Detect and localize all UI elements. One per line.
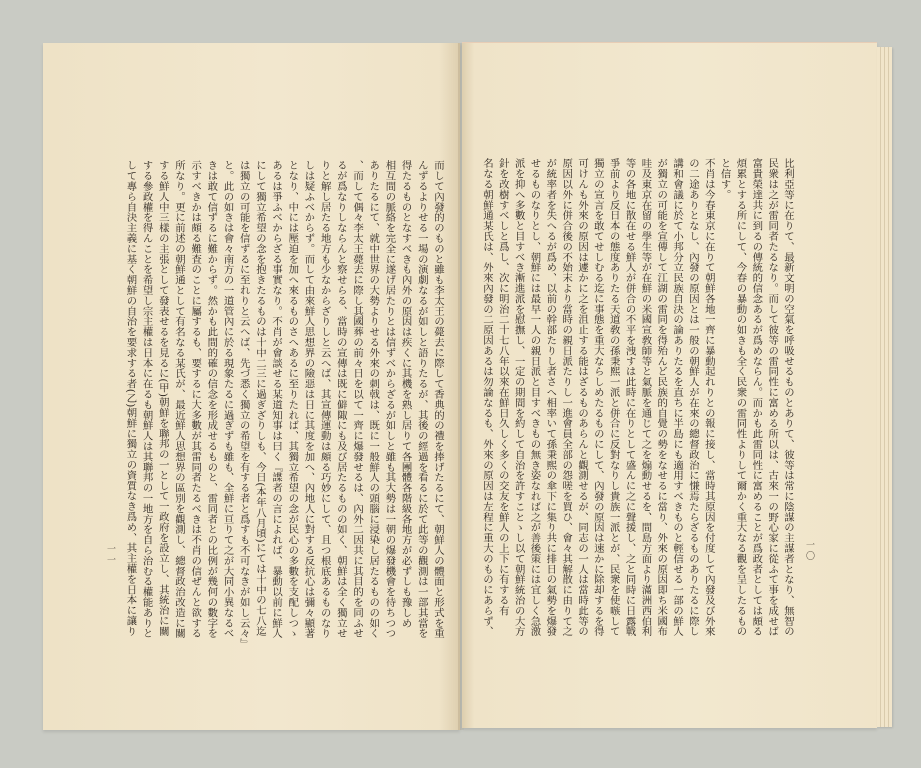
text-column: 而して內發的のものと雖も李太王の薨去に際して香典的の禮を捧げたるにて、朝鮮人の體… — [430, 160, 446, 655]
page-number-right: 一〇 — [803, 540, 816, 562]
text-column: 示すべきかは頗る難査のことに屬するも、要するに大多數が其雷同者たるべきは不肖の信… — [187, 160, 203, 655]
text-column: 得たるものとなすべきも內外の原因は疾くに其機を熟し居りて各團體各階級各地方が必ず… — [397, 160, 413, 655]
text-column: 原因以外に併合後の不始末より當時の親日派たりし一進會員全部の怨嗟を買ひ、會々其解… — [557, 158, 573, 653]
text-column: となり、中には壓迫を加へ來るものさへあるに至りたれば、其獨立希望の念が民心の多數… — [284, 160, 300, 655]
text-column: 富貴榮達共に到るの傳統的信念あるが爲めならん。而かも此雷同性に富めることが爲政者… — [747, 158, 763, 653]
text-column: 煩累とする所にして、今春の暴動の如きも全く民衆の雷同性よりして爾かく重大なる觀を… — [732, 158, 748, 653]
text-column: 獨立の宣言を敢てせしむる迄に事態を重大ならしめたるものにして、內發の原因は速かに… — [589, 158, 605, 653]
text-column: るが爲なりしならんと察せらる、當時の宣傳は既に僻陬にも及び居たるものの如く、朝鮮… — [333, 160, 349, 655]
left-page: 一一 而して內發的のものと雖も李太王の薨去に際して香典的の禮を捧げたるにて、朝鮮… — [43, 43, 460, 730]
page-number-left: 一一 — [104, 544, 117, 566]
text-column: 名なる朝鮮通某氏は、外來內發の二原因あるは勿論なるも、外來の原因は左程に重大のも… — [478, 158, 494, 653]
text-column: りと解し居たる地方も少なからざりしと云へば、其宣傳運動は頗る巧妙にして、且つ根底… — [317, 160, 333, 655]
text-column: にして獨立希望の念を抱きたるものは十中二三に過ぎざりしも、今日(本年八月頃)にて… — [252, 160, 268, 655]
right-page: 一〇 比利亞等に在りて、最新文明の空氣を呼吸せるものとありて、彼等は常に陰謀の主… — [462, 42, 877, 728]
text-column: きは敢て信ずるに難からず。然かも此間的確の信念を形成せるものと、雷同者との比例が… — [203, 160, 219, 655]
text-column: 爭前より反日本の態度ありたる天道敎の孫秉熙一派と併合に反對なりし貴族一派とが、民… — [605, 158, 621, 653]
text-column: は獨立の可能を信ずるに至れりと云へば、先づ悉く獨立の希望を有する者と爲すも不可な… — [236, 160, 252, 655]
text-column: 等の各地に散在せる鮮人が併合の不平を洩すは此時に在りとして盛んに之に聲援し、之と… — [621, 158, 637, 653]
text-column: 比利亞等に在りて、最新文明の空氣を呼吸せるものとありて、彼等は常に陰謀の主謀者と… — [779, 158, 795, 653]
left-page-text: 而して內發的のものと雖も李太王の薨去に際して香典的の禮を捧げたるにて、朝鮮人の體… — [122, 160, 446, 655]
text-column: 哇及東京在留の學生等が在鮮の米國宣敎師等と氣脈を通じて之を煽動せるを、間島方面よ… — [637, 158, 653, 653]
text-column: せるものなりとし、朝鮮には最早一人の親日派と目すべきもの無き姿なれば之が善後策に… — [526, 158, 542, 653]
text-column: 針を改樹すべしと爲し、次に明治二十七八年以來在鮮日久しく多くの交友を鮮人の上下に… — [494, 158, 510, 653]
text-column: する鮮人中三樣の主張として發表せるを見るに(甲)朝鮮を聯邦の一として一政府を設立… — [155, 160, 171, 655]
text-column: 可けんも外來の原因は遽かに之を沮止する能はざるものあらんと觀測せるが、同志の一人… — [573, 158, 589, 653]
right-page-text: 比利亞等に在りて、最新文明の空氣を呼吸せるものとありて、彼等は常に陰謀の主謀者と… — [478, 158, 795, 653]
text-column: 相互間の脈絡を完全に遂げ居たりとは信ずべからざるが如しと雖も其大勢は一朝の爆發機… — [381, 160, 397, 655]
text-column: 派を抑へ多數と目すべき漸進派を慰撫し、一定の期間を約して自治を許すことゝし以て朝… — [510, 158, 526, 653]
text-column: んずるよりせる一場の演劇なるが如しと語りたるが、其後の經過を看るに於て此等の觀測… — [414, 160, 430, 655]
text-column: 、而して偶々李太王薨去に際し其國葬の前々日を以て一齊に爆發せるは、內外二因共に其… — [349, 160, 365, 655]
text-column: 講和會議に於て小邦分立民族自決の論ありたるを直ちに半島にも適用すべきものと輕信せ… — [668, 158, 684, 653]
page-stack-edge — [877, 47, 892, 727]
text-column: が獨立の可能を宣傳して江湖の雷同を得殆んど民族的自覺の勢をなせるに當り、外來の原… — [652, 158, 668, 653]
text-column: と信す。 — [716, 158, 732, 653]
text-column: あるは爭ふべからざる事實なり。不肖が會談せる某道知事は曰く『諜者の言によれば、暴… — [268, 160, 284, 655]
text-column: 不肖は今春東京に在りて朝鮮各地一齊に暴動起れりとの報に接し、當時其原因を付度して… — [700, 158, 716, 653]
text-column: ありたるにて、就中世界の大勢よりせる外來の刺戟は、既に一般鮮人の頭腦に浸染し居た… — [365, 160, 381, 655]
text-column: と。此の如きは會々南方の一道管內に於る現象たるに過ぎずも雖も、全鮮に亘りて之が大… — [219, 160, 235, 655]
open-book: 一一 而して內發的のものと雖も李太王の薨去に際して香典的の禮を捧げたるにて、朝鮮… — [0, 0, 921, 768]
text-column: 民衆は之が雷同者たるなり。而して彼等の雷同性に富める所以は、古來一の野心家に從ふ… — [763, 158, 779, 653]
text-column: しは疑ふべからず。而して由來鮮人思想界の險惡は日に其度を加へ、內地人に對する反抗… — [300, 160, 316, 655]
text-column: の二途ありとなし、內發の原因とは一般の朝鮮人が在來の總督政治に慊焉たらざるものあ… — [684, 158, 700, 653]
text-column: して專ら自決主義に基く朝鮮の自治を要求する者(乙)朝鮮に獨立の資質なき爲め、其主… — [122, 160, 138, 655]
text-column: する參政權を得んことを希望し宗主權は日本に在るも朝鮮人は其聯邦の一地方を自ら治む… — [138, 160, 154, 655]
text-column: 所なり。更に前述の朝鮮通として有名なる某氏が、最近鮮人思想界の區別を觀測し、總督… — [171, 160, 187, 655]
text-column: が統率者を失へるが爲め、以前の幹部たりし者さへ相率いて孫秉熙の傘下に集り共に排日… — [542, 158, 558, 653]
